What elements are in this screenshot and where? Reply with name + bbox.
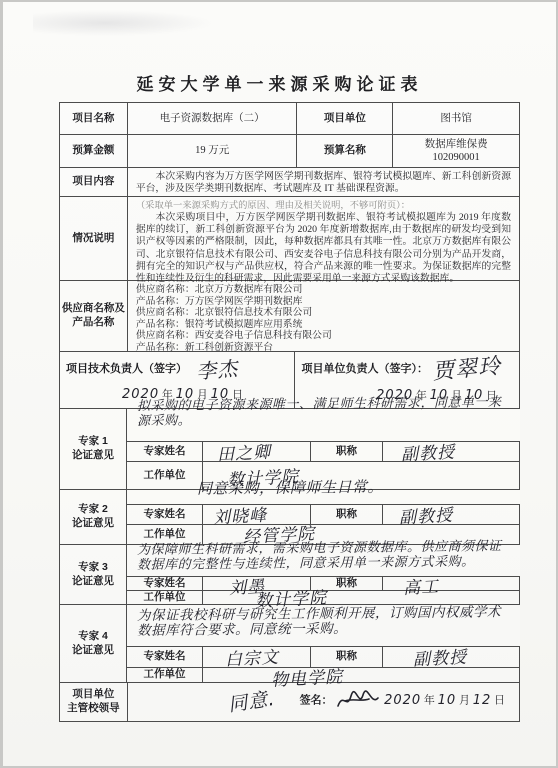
budget-name-value: 数据库维保费 102090001 <box>393 135 520 168</box>
situation-cell: （采取单一来源采购方式的原因、理由及相关说明，不够可附页）： 本次采购项目中，万… <box>128 197 520 281</box>
expert-4-label: 专家 4 论证意见 <box>60 605 127 683</box>
procurement-form-table: 项目名称 电子资源数据库（二） 项目单位 图书馆 预算金额 19 万元 预算名称… <box>59 102 520 722</box>
tech-signature: 李杰 <box>195 352 239 385</box>
page-title: 延安大学单一来源采购论证表 <box>3 70 556 95</box>
expert-unit-label: 工作单位 <box>127 668 203 683</box>
scanned-page: 延安大学单一来源采购论证表 项目名称 电子资源数据库（二） 项目单位 图书馆 预… <box>3 2 556 766</box>
leader-label: 项目单位 主管校领导 <box>60 683 128 722</box>
expert-2-label: 专家 2 论证意见 <box>60 490 127 545</box>
budget-name-line2: 102090001 <box>433 151 480 164</box>
expert-4-unit: 物电学院 <box>203 668 520 683</box>
leader-cell: 同意. 签名： 2020 年 10 月 12 日 <box>128 683 520 722</box>
project-name-value: 电子资源数据库（二） <box>128 103 298 135</box>
unit-date: 2020 年 10 月 10 日 <box>376 387 497 403</box>
expert-title-label: 职称 <box>311 442 383 462</box>
expert-3-inner: 为保障师生科研需求，需采购电子资源数据库。供应商须保证数据库的完整性与连续性，同… <box>127 545 520 605</box>
supplier-line: 产品名称：万方医学网医学期刊数据库 <box>136 296 511 308</box>
supplier-line: 供应商名称：西安麦谷电子信息科技有限公司 <box>136 330 511 342</box>
expert-4-opinion: 为保证我校科研与研究生工作顺利开展，订购国内权威学术数据库符合要求。同意统一采购… <box>127 605 520 647</box>
row-situation: 情况说明 （采取单一来源采购方式的原因、理由及相关说明，不够可附页）： 本次采购… <box>60 197 520 281</box>
budget-name-label: 预算名称 <box>297 135 393 168</box>
tech-signer-label: 项目技术负责人（签字） <box>66 360 187 376</box>
row-suppliers: 供应商名称及 产品名称 供应商名称：北京万方数据库有限公司 产品名称：万方医学网… <box>60 281 520 352</box>
leader-sign-label: 签名： <box>300 695 333 707</box>
expert-3-title: 高工 <box>383 577 520 591</box>
expert-4-band: 专家 4 论证意见 为保证我校科研与研究生工作顺利开展，订购国内权威学术数据库符… <box>60 605 520 683</box>
expert-name-label: 专家姓名 <box>127 505 203 525</box>
expert-3-label: 专家 3 论证意见 <box>60 545 127 605</box>
expert-1-title: 副教授 <box>383 442 520 462</box>
expert-2-inner: 同意采购，保障师生日常。 专家姓名 刘晓峰 职称 副教授 工作单位 经管学院 <box>127 490 520 545</box>
budget-amount-value: 19 万元 <box>128 135 298 168</box>
expert-unit-label: 工作单位 <box>127 462 203 490</box>
expert-1-band: 专家 1 论证意见 拟采购的电子资源来源唯一、满足师生科研需求，同意单一来源采购… <box>60 409 520 490</box>
expert-4-unit-row: 工作单位 物电学院 <box>127 668 520 683</box>
expert-2-opinion: 同意采购，保障师生日常。 <box>127 490 520 505</box>
expert-4-title: 副教授 <box>383 647 520 668</box>
expert-1-name-row: 专家姓名 田之卿 职称 副教授 <box>127 442 520 462</box>
expert-name-label: 专家姓名 <box>127 442 203 462</box>
expert-2-name-row: 专家姓名 刘晓峰 职称 副教授 <box>127 505 520 525</box>
suppliers-label: 供应商名称及 产品名称 <box>60 281 128 352</box>
supplier-line: 供应商名称：北京万方数据库有限公司 <box>136 284 511 296</box>
content-label: 项目内容 <box>60 168 128 197</box>
supplier-line: 供应商名称：北京银符信息技术有限公司 <box>136 307 511 319</box>
expert-4-inner: 为保证我校科研与研究生工作顺利开展，订购国内权威学术数据库符合要求。同意统一采购… <box>127 605 520 683</box>
expert-title-label: 职称 <box>311 505 383 525</box>
project-name-label: 项目名称 <box>60 103 128 135</box>
expert-name-label: 专家姓名 <box>127 577 203 591</box>
budget-amount-label: 预算金额 <box>60 135 128 168</box>
row-project-name: 项目名称 电子资源数据库（二） 项目单位 图书馆 <box>60 103 520 135</box>
project-unit-value: 图书馆 <box>393 103 520 135</box>
project-unit-label: 项目单位 <box>297 103 393 135</box>
expert-unit-label: 工作单位 <box>127 591 203 605</box>
content-text: 本次采购内容为万方医学网医学期刊数据库、银符考试模拟题库、新工科创新资源平台，涉… <box>128 168 520 197</box>
situation-text: 本次采购项目中，万方医学网医学期刊数据库、银符考试模拟题库为 2019 年度数据… <box>136 212 511 285</box>
leader-approval: 同意. <box>226 684 276 717</box>
expert-2-title: 副教授 <box>383 505 520 525</box>
paper-crease <box>33 10 213 36</box>
expert-3-opinion: 为保障师生科研需求，需采购电子资源数据库。供应商须保证数据库的完整性与连续性，同… <box>127 545 520 577</box>
expert-1-name: 田之卿 <box>203 442 311 462</box>
situation-note: （采取单一来源采购方式的原因、理由及相关说明，不够可附页）： <box>136 200 511 212</box>
unit-signature: 贾翠玲 <box>431 349 502 386</box>
row-content: 项目内容 本次采购内容为万方医学网医学期刊数据库、银符考试模拟题库、新工科创新资… <box>60 168 520 197</box>
situation-label: 情况说明 <box>60 197 128 281</box>
expert-1-opinion: 拟采购的电子资源来源唯一、满足师生科研需求，同意单一来源采购。 <box>127 409 520 442</box>
budget-name-line1: 数据库维保费 <box>425 138 488 151</box>
expert-3-unit-row: 工作单位 数计学院 <box>127 591 520 605</box>
row-budget: 预算金额 19 万元 预算名称 数据库维保费 102090001 <box>60 135 520 168</box>
supplier-line: 产品名称：银符考试模拟题库应用系统 <box>136 319 511 331</box>
suppliers-list: 供应商名称：北京万方数据库有限公司 产品名称：万方医学网医学期刊数据库 供应商名… <box>128 281 520 352</box>
tech-date: 2020 年 10 月 10 日 <box>122 386 243 402</box>
expert-3-band: 专家 3 论证意见 为保障师生科研需求，需采购电子资源数据库。供应商须保证数据库… <box>60 545 520 605</box>
expert-name-label: 专家姓名 <box>127 647 203 668</box>
leader-signature-scribble <box>335 690 381 712</box>
leader-sign-line: 签名： 2020 年 10 月 12 日 <box>300 690 505 712</box>
expert-1-label: 专家 1 论证意见 <box>60 409 127 490</box>
expert-2-band: 专家 2 论证意见 同意采购，保障师生日常。 专家姓名 刘晓峰 职称 副教授 工… <box>60 490 520 545</box>
unit-signer-label: 项目单位负责人（签字）： <box>301 360 428 376</box>
